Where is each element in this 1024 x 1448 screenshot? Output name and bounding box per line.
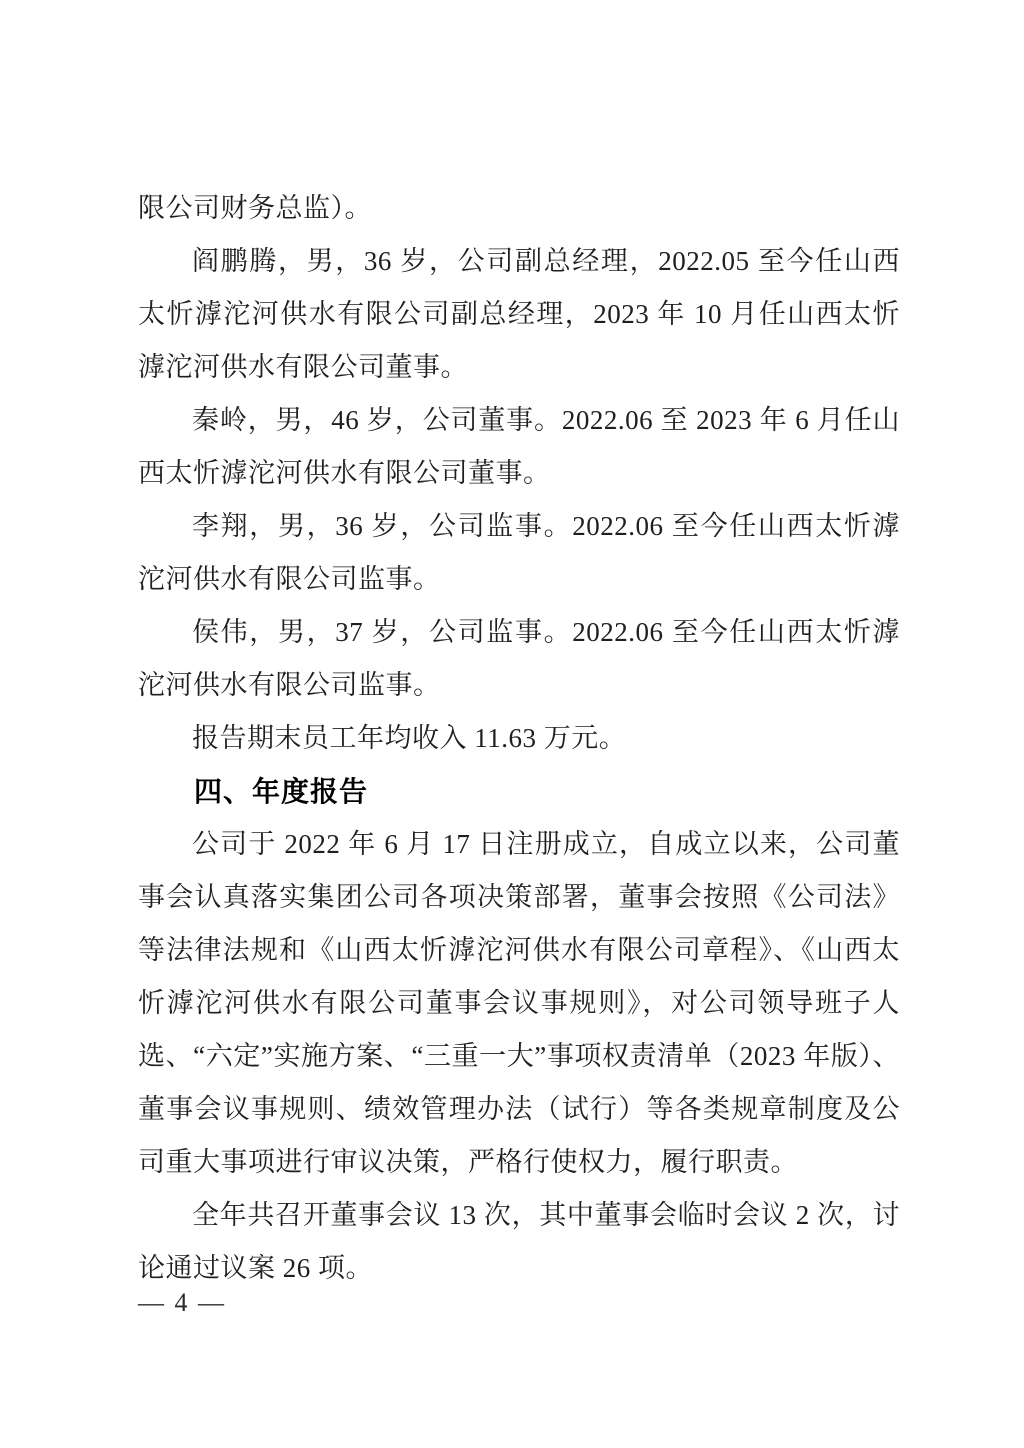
paragraph-hou-wei: 侯伟，男，37 岁，公司监事。2022.06 至今任山西太忻滹沱河供水有限公司监…	[138, 606, 900, 712]
paragraph-avg-income: 报告期末员工年均收入 11.63 万元。	[138, 712, 900, 765]
document-body: 限公司财务总监）。 阎鹏腾，男，36 岁，公司副总经理，2022.05 至今任山…	[138, 182, 900, 1295]
paragraph-li-xiang: 李翔，男，36 岁，公司监事。2022.06 至今任山西太忻滹沱河供水有限公司监…	[138, 500, 900, 606]
document-page: 限公司财务总监）。 阎鹏腾，男，36 岁，公司副总经理，2022.05 至今任山…	[0, 0, 1024, 1448]
paragraph-continuation: 限公司财务总监）。	[138, 182, 900, 235]
paragraph-qin-ling: 秦岭，男，46 岁，公司董事。2022.06 至 2023 年 6 月任山西太忻…	[138, 394, 900, 500]
section-heading-annual-report: 四、年度报告	[138, 765, 900, 818]
paragraph-yan-pengteng: 阎鹏腾，男，36 岁，公司副总经理，2022.05 至今任山西太忻滹沱河供水有限…	[138, 235, 900, 394]
page-number: — 4 —	[138, 1283, 226, 1323]
paragraph-board-governance: 公司于 2022 年 6 月 17 日注册成立，自成立以来，公司董事会认真落实集…	[138, 818, 900, 1189]
paragraph-meetings-count: 全年共召开董事会议 13 次，其中董事会临时会议 2 次，讨论通过议案 26 项…	[138, 1189, 900, 1295]
